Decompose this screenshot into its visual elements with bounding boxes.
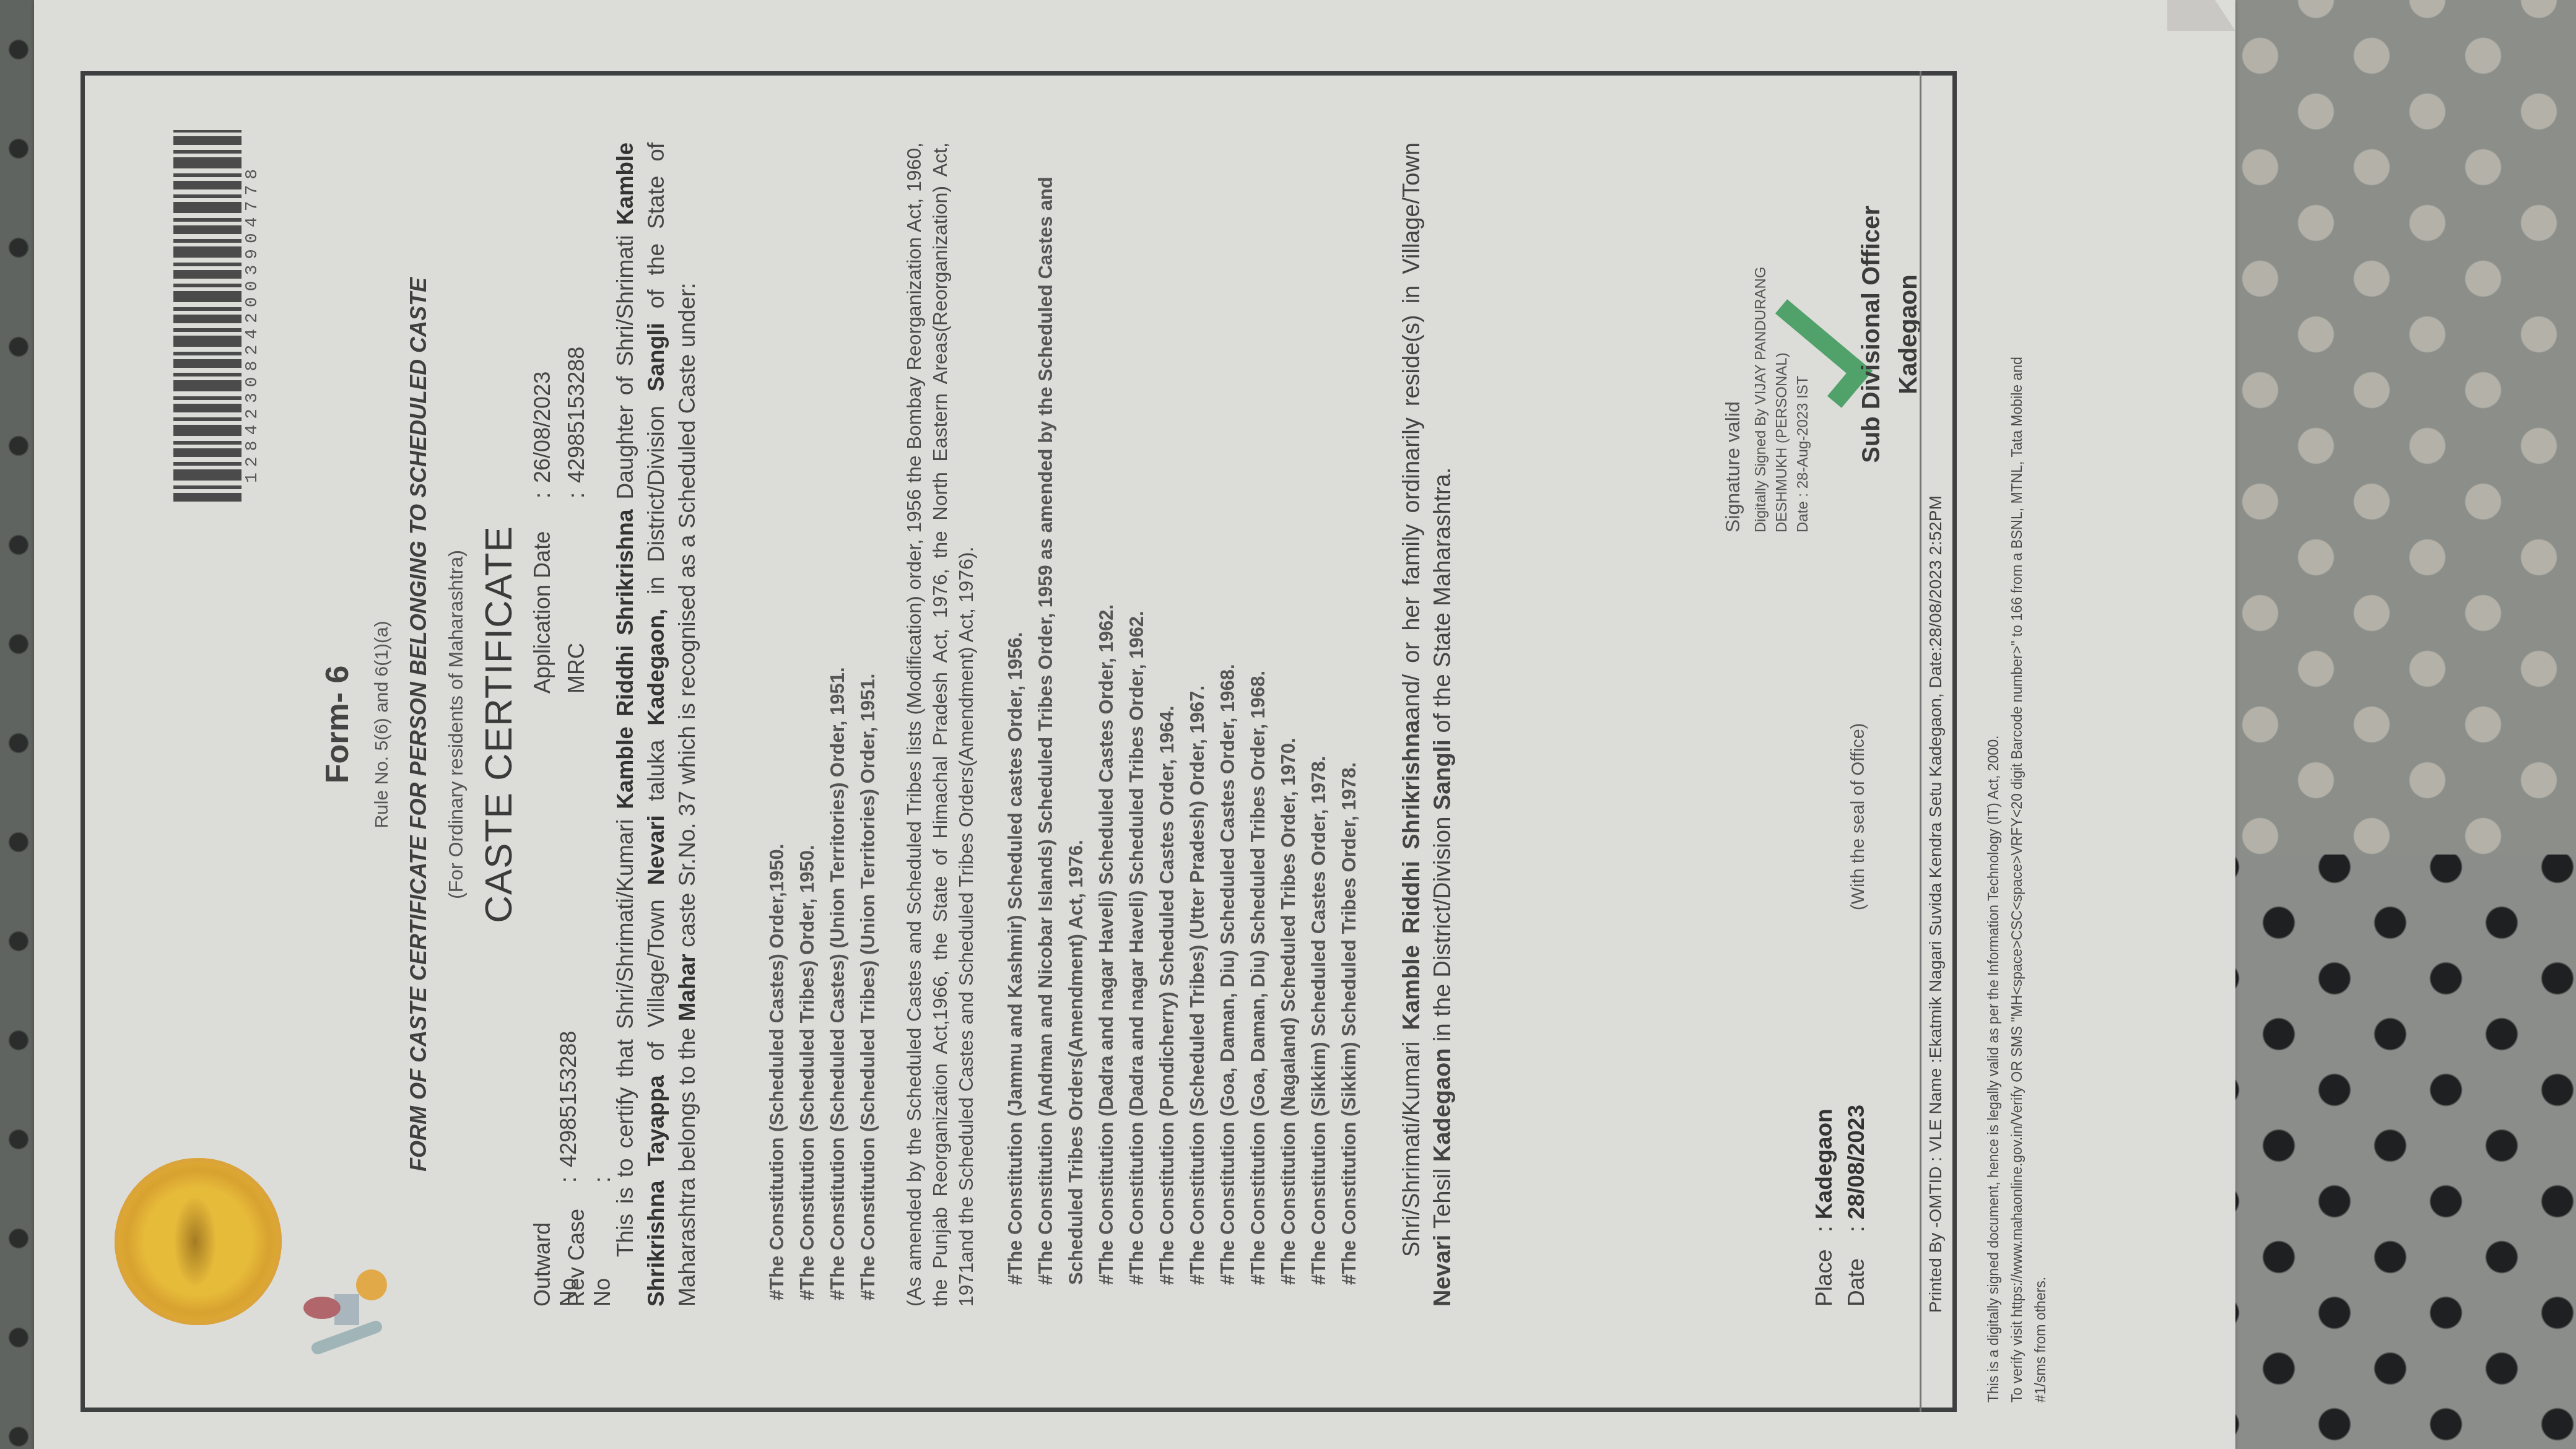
order-item: #The Constitution (Scheduled Castes) Ord… — [762, 124, 792, 1300]
caste-certificate-document: 12842308242003904778 Form- 6 Rule No. 5(… — [0, 0, 2235, 1449]
signature-status: Signature valid — [1721, 130, 1744, 533]
resident-name: Kamble Riddhi Shrikrishna — [1399, 720, 1425, 1030]
date-value: 28/08/2023 — [1843, 1105, 1869, 1219]
order-item: #The Constitution (Nagaland) Scheduled T… — [1273, 121, 1303, 1285]
outward-no-value: 42985153288 — [555, 1031, 581, 1167]
order-item: #The Constitution (Dadra and nagar Havel… — [1121, 121, 1152, 1285]
digital-signature-block: Signature valid Digitally Signed By VIJA… — [1721, 130, 1814, 533]
barcode — [173, 130, 241, 502]
resident-tehsil: Kadegaon — [1430, 1048, 1456, 1162]
caste-name: Mahar — [674, 954, 700, 1021]
applicant-name: Kamble Riddhi Shrikrishna — [612, 510, 638, 809]
field-outward-no: Outward No:42985153288 — [529, 1031, 563, 1307]
printed-by: Printed By -OMTID : VLE Name :Ekatmik Na… — [1926, 495, 1946, 1313]
certificate-title: CASTE CERTIFICATE — [477, 0, 521, 1449]
residence-paragraph: Shri/Shrimati/Kumari Kamble Riddhi Shrik… — [1396, 142, 1458, 1307]
taluka-name: Kadegaon, — [643, 609, 669, 726]
resident-village: Nevari — [1430, 1235, 1456, 1307]
barcode-number: 12842308242003904778 — [243, 136, 262, 483]
constitution-orders-list-2: #The Constitution (Jammu and Kashmir) Sc… — [1000, 121, 1364, 1285]
order-item: #The Constitution (Scheduled Tribes) (Un… — [853, 124, 883, 1300]
officer-place: Kadegaon — [1895, 136, 1923, 533]
place-field: Place : Kadegaon — [1811, 1105, 1843, 1307]
footnote-line: #1/sms from others. — [2029, 9, 2052, 1403]
order-item: #The Constitution (Sikkim) Scheduled Cas… — [1303, 121, 1334, 1285]
constitution-orders-list-1: #The Constitution (Scheduled Castes) Ord… — [762, 124, 883, 1300]
order-item: #The Constitution (Dadra and nagar Havel… — [1091, 121, 1121, 1285]
seal-note: (With the seal of Office) — [1848, 723, 1869, 910]
application-date-value: 26/08/2023 — [529, 372, 555, 483]
reference-fields-left: Outward No:42985153288 Rev Case No: — [529, 1031, 598, 1307]
village-name: Nevari — [643, 815, 669, 885]
order-item: #The Constitution (Pondicherry) Schedule… — [1152, 121, 1182, 1285]
officer-title: Sub Divisional Officer — [1858, 136, 1886, 533]
footer-divider — [1920, 71, 1921, 1412]
order-item: #The Constitution (Goa, Daman, Diu) Sche… — [1243, 121, 1273, 1285]
perforated-metal-background-dark — [2204, 855, 2576, 1449]
verification-footnote: This is a digitally signed document, hen… — [1982, 9, 2052, 1403]
footnote-line: This is a digitally signed document, hen… — [1982, 9, 2005, 1403]
field-mrc: MRC:42985153288 — [563, 347, 598, 694]
amendment-paragraph: (As amended by the Scheduled Castes and … — [901, 142, 979, 1307]
resident-district: Sangli — [1430, 739, 1456, 810]
signature-valid-check-icon — [1759, 316, 1864, 390]
government-seal-icon — [115, 1158, 282, 1325]
certify-paragraph: This is to certify that Shri/Shrimati/Ku… — [610, 142, 703, 1307]
place-value: Kadegaon — [1811, 1108, 1837, 1219]
order-item: #The Constitution (Scheduled Tribes) Ord… — [792, 124, 822, 1300]
form-number: Form- 6 — [319, 0, 356, 1449]
order-item: #The Constitution (Goa, Daman, Diu) Sche… — [1212, 121, 1243, 1285]
district-name: Sangli — [643, 323, 669, 391]
order-item: #The Constitution (Sikkim) Scheduled Tri… — [1334, 121, 1364, 1285]
field-application-date: Application Date:26/08/2023 — [529, 347, 563, 694]
order-item: #The Constitution (Jammu and Kashmir) Sc… — [1000, 121, 1030, 1285]
mrc-value: 42985153288 — [563, 347, 589, 483]
form-subheading: (For Ordinary residents of Maharashtra) — [445, 0, 468, 1449]
reference-fields-right: Application Date:26/08/2023 MRC:42985153… — [529, 347, 598, 694]
place-date-block: Place : Kadegaon Date : 28/08/2023 — [1811, 1105, 1876, 1307]
order-item: #The Constitution (Scheduled Castes) (Un… — [822, 124, 853, 1300]
order-item: #The Constitution (Andman and Nicobar Is… — [1030, 121, 1091, 1285]
order-item: #The Constitution (Scheduled Tribes) (Ut… — [1182, 121, 1212, 1285]
form-heading: FORM OF CASTE CERTIFICATE FOR PERSON BEL… — [406, 0, 432, 1449]
rule-reference: Rule No. 5(6) and 6(1)(a) — [372, 0, 393, 1449]
date-field: Date : 28/08/2023 — [1843, 1105, 1876, 1307]
footnote-line: To verify visit https://www.mahaonline.g… — [2005, 9, 2029, 1403]
